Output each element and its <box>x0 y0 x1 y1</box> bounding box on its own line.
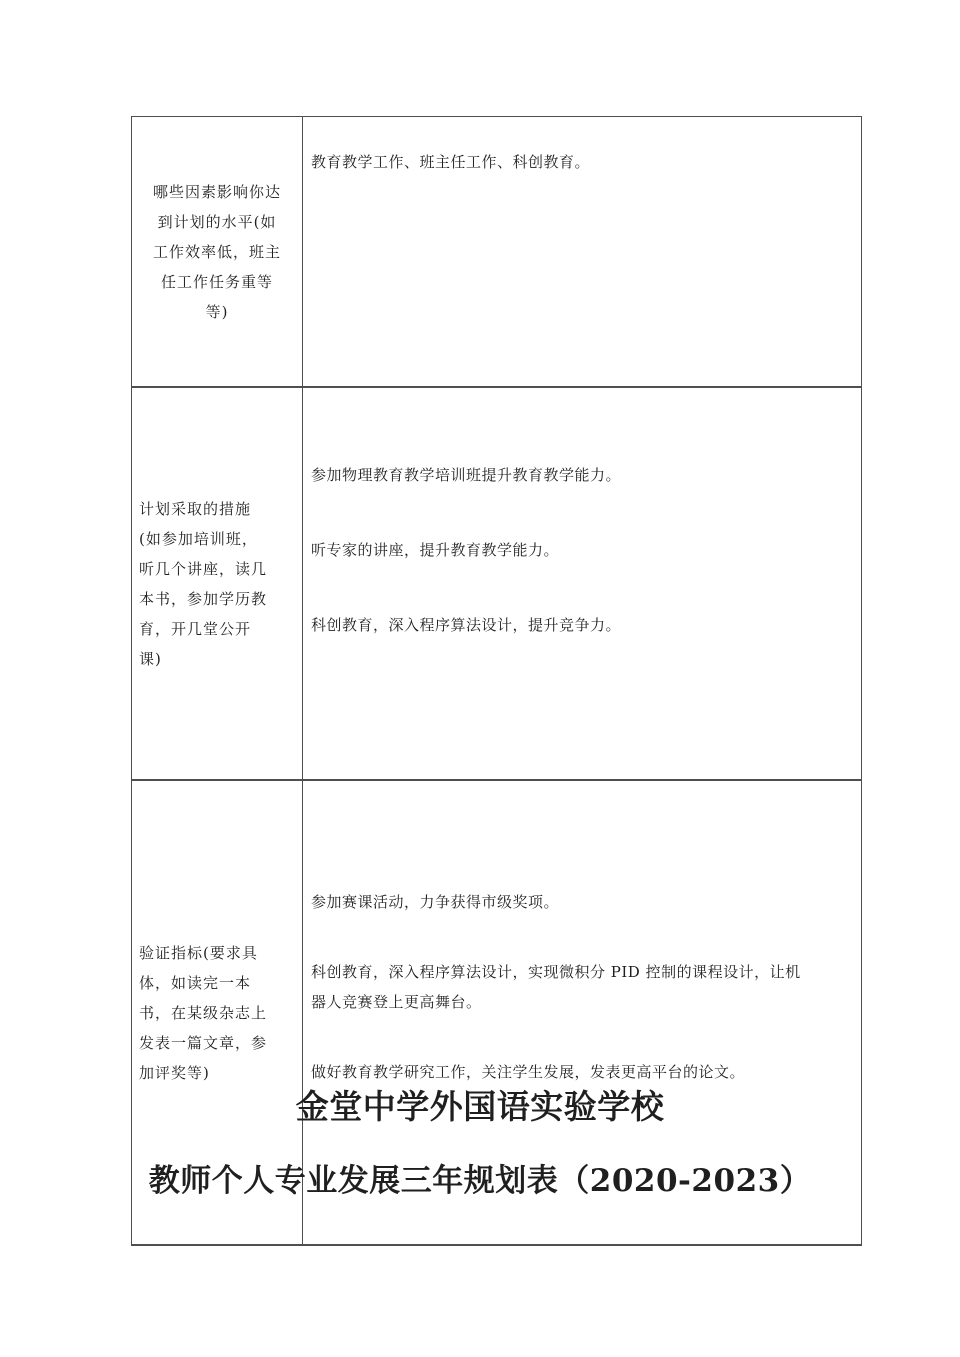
content-paragraph: 科创教育，深入程序算法设计，提升竞争力。 <box>311 610 855 640</box>
row-label-cell: 计划采取的措施 (如参加培训班， 听几个讲座，读几 本书，参加学历教 育，开几堂… <box>132 387 303 780</box>
content-paragraph: 科创教育，深入程序算法设计，实现微积分 PID 控制的课程设计，让机 器人竞赛登… <box>311 957 855 1017</box>
content-paragraph: 参加赛课活动，力争获得市级奖项。 <box>311 887 855 917</box>
form-title: 教师个人专业发展三年规划表（2020-2023） <box>0 1161 960 1201</box>
row-label: 计划采取的措施 (如参加培训班， 听几个讲座，读几 本书，参加学历教 育，开几堂… <box>139 494 295 674</box>
content-paragraph: 听专家的讲座，提升教育教学能力。 <box>311 535 855 565</box>
content-paragraph: 做好教育教学研究工作，关注学生发展，发表更高平台的论文。 <box>311 1057 855 1087</box>
development-plan-table: 哪些因素影响你达 到计划的水平(如 工作效率低，班主 任工作任务重等 等) 教育… <box>131 116 862 1246</box>
row-content-cell: 教育教学工作、班主任工作、科创教育。 <box>303 117 862 388</box>
content-paragraph: 参加物理教育教学培训班提升教育教学能力。 <box>311 460 855 490</box>
content-paragraph: 教育教学工作、班主任工作、科创教育。 <box>311 147 855 177</box>
row-content-cell: 参加物理教育教学培训班提升教育教学能力。 听专家的讲座，提升教育教学能力。 科创… <box>303 387 862 780</box>
row-label: 验证指标(要求具 体，如读完一本 书，在某级杂志上 发表一篇文章，参 加评奖等) <box>139 938 295 1088</box>
table-row-planned-measures: 计划采取的措施 (如参加培训班， 听几个讲座，读几 本书，参加学历教 育，开几堂… <box>132 387 862 780</box>
row-label-cell: 哪些因素影响你达 到计划的水平(如 工作效率低，班主 任工作任务重等 等) <box>132 117 303 388</box>
document-page: 哪些因素影响你达 到计划的水平(如 工作效率低，班主 任工作任务重等 等) 教育… <box>0 0 960 1357</box>
footer-titles: 金堂中学外国语实验学校 教师个人专业发展三年规划表（2020-2023） <box>0 1085 960 1201</box>
row-label: 哪些因素影响你达 到计划的水平(如 工作效率低，班主 任工作任务重等 等) <box>139 177 295 327</box>
school-name-title: 金堂中学外国语实验学校 <box>0 1085 960 1128</box>
table-row-influencing-factors: 哪些因素影响你达 到计划的水平(如 工作效率低，班主 任工作任务重等 等) 教育… <box>132 117 862 388</box>
